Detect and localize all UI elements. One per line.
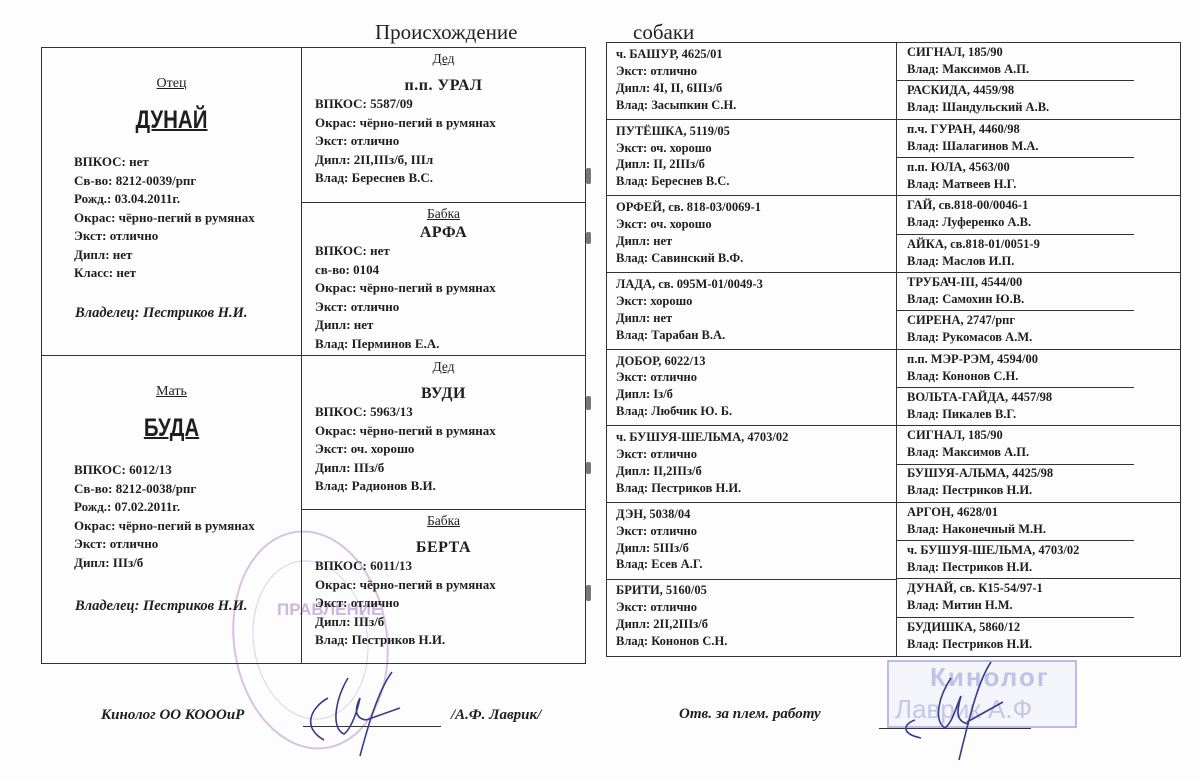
field-line: Дипл: II,2IIIз/б — [616, 463, 896, 480]
signature-left-name: /А.Ф. Лаврик/ — [451, 707, 541, 724]
father-cell: Отец ДУНАЙ ВПКОС: нетСв-во: 8212-0039/рп… — [42, 48, 302, 356]
mother-cell: Мать БУДА ВПКОС: 6012/13Св-во: 8212-0038… — [42, 356, 302, 663]
great-great-grandparent-cell: п.п. ЮЛА, 4563/00Влад: Матвеев Н.Г. — [897, 158, 1180, 196]
great-great-grandparent-cell: ТРУБАЧ-III, 4544/00Влад: Самохин Ю.В. — [897, 273, 1134, 311]
great-grandparent-cell: ч. БУШУЯ-ШЕЛЬМА, 4703/02Экст: отличноДип… — [607, 426, 897, 503]
field-line: Влад: Есев А.Г. — [616, 556, 896, 573]
field-line: Влад: Кононов С.Н. — [616, 633, 896, 650]
grandparent-cell: БабкаБЕРТАВПКОС: 6011/13Окрас: чёрно-пег… — [302, 510, 585, 663]
grandparent-name: БЕРТА — [302, 539, 585, 558]
signature-right-label: Отв. за плем. работу — [679, 706, 821, 723]
field-line: Экст: отлично — [315, 132, 585, 151]
great-great-grandparent-cell: п.п. МЭР-РЭМ, 4594/00Влад: Кононов С.Н. — [897, 350, 1134, 388]
owner-line: Влад: Пестриков Н.И. — [907, 482, 1180, 499]
field-line: Дипл: нет — [74, 246, 301, 265]
great-great-grandparent-cell: АРГОН, 4628/01Влад: Наконечный М.Н. — [897, 503, 1134, 541]
field-line: Экст: отлично — [315, 594, 585, 613]
ancestor-name: ВОЛЬТА-ГАЙДА, 4457/98 — [907, 389, 1180, 406]
owner-line: Влад: Рукомасов А.М. — [907, 329, 1180, 346]
field-line: Экст: отлично — [74, 227, 301, 246]
ancestor-name: ДЭН, 5038/04 — [616, 506, 896, 523]
field-line: Влад: Береснев В.С. — [315, 169, 585, 188]
field-line: Окрас: чёрно-пегий в румянах — [315, 576, 585, 595]
grandparent-role: Дед — [302, 50, 585, 69]
signature-right-scrawl — [895, 660, 1025, 760]
field-line: Дипл: 2II,2IIIз/б — [616, 616, 896, 633]
field-line: ВПКОС: нет — [74, 153, 301, 172]
signature-left-label: Кинолог ОО КОООиР — [101, 707, 244, 724]
field-line: Экст: оч. хорошо — [315, 440, 585, 459]
field-line: Влад: Береснев В.С. — [616, 173, 896, 190]
field-line: Экст: отлично — [616, 63, 896, 80]
ancestor-name: ч. БУШУЯ-ШЕЛЬМА, 4703/02 — [907, 542, 1180, 559]
gutter-mark — [586, 232, 591, 244]
field-line: Экст: хорошо — [616, 293, 896, 310]
field-line: Дипл: 4I, II, 6IIIз/б — [616, 80, 896, 97]
mother-name: БУДА — [65, 414, 277, 443]
field-line: Влад: Радионов В.И. — [315, 477, 585, 496]
great-great-grandparent-cell: СИРЕНА, 2747/рпгВлад: Рукомасов А.М. — [897, 311, 1180, 349]
father-owner: Владелец: Пестриков Н.И. — [75, 305, 301, 322]
grandparent-name: п.п. УРАЛ — [302, 77, 585, 96]
gutter-mark — [586, 168, 591, 184]
ancestor-name: БУДИШКА, 5860/12 — [907, 619, 1180, 636]
field-line: Дипл: II, 2IIIз/б — [616, 156, 896, 173]
field-line: Дипл: IIIз/б — [315, 613, 585, 632]
field-line: Св-во: 8212-0039/рпг — [74, 172, 301, 191]
great-grandparent-cell: ДОБОР, 6022/13Экст: отличноДипл: Iз/бВла… — [607, 350, 897, 427]
great-great-grandparent-cell: ДУНАЙ, св. К15-54/97-1Влад: Митин Н.М. — [897, 579, 1134, 617]
ancestor-name: п.ч. ГУРАН, 4460/98 — [907, 121, 1134, 138]
ancestor-name: ДОБОР, 6022/13 — [616, 353, 896, 370]
ancestor-name: СИГНАЛ, 185/90 — [907, 427, 1134, 444]
father-name: ДУНАЙ — [65, 106, 277, 135]
great-great-grandparent-cell: СИГНАЛ, 185/90Влад: Максимов А.П. — [897, 43, 1134, 81]
grandparent-role: Бабка — [302, 512, 585, 531]
owner-line: Влад: Кононов С.Н. — [907, 368, 1134, 385]
owner-line: Влад: Пестриков Н.И. — [907, 559, 1180, 576]
owner-line: Влад: Пикалев В.Г. — [907, 406, 1180, 423]
great-grandparent-cell: ЛАДА, св. 095М-01/0049-3Экст: хорошоДипл… — [607, 273, 897, 350]
ancestor-name: ПУТЁШКА, 5119/05 — [616, 123, 896, 140]
field-line: Дипл: 2II,IIIз/б, IIIл — [315, 151, 585, 170]
ancestor-name: п.п. МЭР-РЭМ, 4594/00 — [907, 351, 1134, 368]
great-grandparent-cell: ч. БАШУР, 4625/01Экст: отличноДипл: 4I, … — [607, 43, 897, 120]
gutter-mark — [586, 462, 591, 474]
ancestor-name: ГАЙ, св.818-00/0046-1 — [907, 197, 1134, 214]
father-fields: ВПКОС: нетСв-во: 8212-0039/рпгРожд.: 03.… — [74, 153, 301, 283]
great-grandparent-cell: БРИТИ, 5160/05Экст: отличноДипл: 2II,2II… — [607, 579, 897, 656]
field-line: Дипл: Iз/б — [616, 386, 896, 403]
field-line: св-во: 0104 — [315, 261, 585, 280]
field-line: Экст: отлично — [616, 599, 896, 616]
field-line: Окрас: чёрно-пегий в румянах — [315, 279, 585, 298]
great-great-grandparent-cell: АЙКА, св.818-01/0051-9Влад: Маслов И.П. — [897, 235, 1180, 273]
ancestor-name: ОРФЕЙ, св. 818-03/0069-1 — [616, 199, 896, 216]
field-line: Дипл: нет — [616, 233, 896, 250]
parents-grid: Отец ДУНАЙ ВПКОС: нетСв-во: 8212-0039/рп… — [41, 47, 586, 664]
field-line: Дипл: IIIз/б — [315, 459, 585, 478]
ancestor-name: ДУНАЙ, св. К15-54/97-1 — [907, 580, 1134, 597]
grandparent-name: ВУДИ — [302, 385, 585, 404]
signature-left-scrawl — [300, 668, 430, 758]
field-line: Рожд.: 03.04.2011г. — [74, 190, 301, 209]
grandparent-role: Бабка — [302, 205, 585, 224]
great-great-grandparent-cell: БУДИШКА, 5860/12Влад: Пестриков Н.И. — [897, 618, 1180, 656]
father-role: Отец — [42, 76, 301, 92]
owner-line: Влад: Шалагинов М.А. — [907, 138, 1134, 155]
grandparent-cell: БабкаАРФАВПКОС: нетсв-во: 0104Окрас: чёр… — [302, 203, 585, 356]
field-line: Дипл: нет — [315, 316, 585, 335]
field-line: Окрас: чёрно-пегий в румянах — [315, 114, 585, 133]
ancestor-name: БУШУЯ-АЛЬМА, 4425/98 — [907, 465, 1180, 482]
great-great-grandparent-cell: СИГНАЛ, 185/90Влад: Максимов А.П. — [897, 426, 1134, 464]
ancestor-name: БРИТИ, 5160/05 — [616, 582, 896, 599]
field-line: Влад: Тарабан В.А. — [616, 327, 896, 344]
ancestor-name: РАСКИДА, 4459/98 — [907, 82, 1180, 99]
great-grandparent-cell: ДЭН, 5038/04Экст: отличноДипл: 5IIIз/бВл… — [607, 503, 897, 580]
field-line: Дипл: нет — [616, 310, 896, 327]
field-line: Экст: отлично — [616, 369, 896, 386]
ancestor-name: ЛАДА, св. 095М-01/0049-3 — [616, 276, 896, 293]
owner-line: Влад: Митин Н.М. — [907, 597, 1134, 614]
ancestors-grid: ч. БАШУР, 4625/01Экст: отличноДипл: 4I, … — [606, 42, 1181, 657]
field-line: Окрас: чёрно-пегий в румянах — [74, 209, 301, 228]
mother-fields: ВПКОС: 6012/13Св-во: 8212-0038/рпгРожд.:… — [74, 461, 301, 572]
grandparent-cell: ДедВУДИВПКОС: 5963/13Окрас: чёрно-пегий … — [302, 356, 585, 510]
great-grandparent-cell: ОРФЕЙ, св. 818-03/0069-1Экст: оч. хорошо… — [607, 196, 897, 273]
owner-line: Влад: Наконечный М.Н. — [907, 521, 1134, 538]
ancestor-name: СИГНАЛ, 185/90 — [907, 44, 1134, 61]
field-line: Окрас: чёрно-пегий в румянах — [74, 517, 301, 536]
ancestor-name: ч. БУШУЯ-ШЕЛЬМА, 4703/02 — [616, 429, 896, 446]
page-title-left: Происхождение — [375, 20, 517, 45]
grandparent-name: АРФА — [302, 224, 585, 243]
great-great-grandparent-cell: ВОЛЬТА-ГАЙДА, 4457/98Влад: Пикалев В.Г. — [897, 388, 1180, 426]
ancestor-name: п.п. ЮЛА, 4563/00 — [907, 159, 1180, 176]
field-line: Влад: Савинский В.Ф. — [616, 250, 896, 267]
owner-line: Влад: Самохин Ю.В. — [907, 291, 1134, 308]
field-line: Св-во: 8212-0038/рпг — [74, 480, 301, 499]
field-line: Дипл: IIIз/б — [74, 554, 301, 573]
owner-line: Влад: Шандульский А.В. — [907, 99, 1180, 116]
great-great-grandparent-cell: ГАЙ, св.818-00/0046-1Влад: Луференко А.В… — [897, 196, 1134, 234]
field-line: Экст: оч. хорошо — [616, 216, 896, 233]
gutter-mark — [586, 396, 591, 410]
field-line: Экст: отлично — [616, 523, 896, 540]
field-line: Экст: отлично — [315, 298, 585, 317]
field-line: Влад: Пестриков Н.И. — [315, 631, 585, 650]
field-line: ВПКОС: 5587/09 — [315, 95, 585, 114]
field-line: ВПКОС: 6011/13 — [315, 557, 585, 576]
owner-line: Влад: Максимов А.П. — [907, 444, 1134, 461]
owner-line: Влад: Пестриков Н.И. — [907, 636, 1180, 653]
mother-owner: Владелец: Пестриков Н.И. — [75, 598, 301, 615]
owner-line: Влад: Матвеев Н.Г. — [907, 176, 1180, 193]
field-line: Влад: Засыпкин С.Н. — [616, 97, 896, 114]
mother-role: Мать — [42, 384, 301, 400]
field-line: Экст: отлично — [616, 446, 896, 463]
field-line: Окрас: чёрно-пегий в румянах — [315, 422, 585, 441]
field-line: ВПКОС: 5963/13 — [315, 403, 585, 422]
ancestor-name: АЙКА, св.818-01/0051-9 — [907, 236, 1180, 253]
field-line: ВПКОС: нет — [315, 242, 585, 261]
grandparent-cell: Дедп.п. УРАЛВПКОС: 5587/09Окрас: чёрно-п… — [302, 48, 585, 203]
great-grandparent-cell: ПУТЁШКА, 5119/05Экст: оч. хорошоДипл: II… — [607, 120, 897, 197]
field-line: ВПКОС: 6012/13 — [74, 461, 301, 480]
ancestor-name: АРГОН, 4628/01 — [907, 504, 1134, 521]
field-line: Влад: Пестриков Н.И. — [616, 480, 896, 497]
field-line: Экст: отлично — [74, 535, 301, 554]
field-line: Влад: Любчик Ю. Б. — [616, 403, 896, 420]
field-line: Экст: оч. хорошо — [616, 140, 896, 157]
great-great-grandparent-cell: ч. БУШУЯ-ШЕЛЬМА, 4703/02Влад: Пестриков … — [897, 541, 1180, 579]
ancestor-name: СИРЕНА, 2747/рпг — [907, 312, 1180, 329]
field-line: Класс: нет — [74, 264, 301, 283]
field-line: Рожд.: 07.02.2011г. — [74, 498, 301, 517]
owner-line: Влад: Максимов А.П. — [907, 61, 1134, 78]
great-great-grandparent-cell: БУШУЯ-АЛЬМА, 4425/98Влад: Пестриков Н.И. — [897, 464, 1180, 502]
ancestor-name: ч. БАШУР, 4625/01 — [616, 46, 896, 63]
grandparent-role: Дед — [302, 358, 585, 377]
great-great-grandparent-cell: п.ч. ГУРАН, 4460/98Влад: Шалагинов М.А. — [897, 120, 1134, 158]
great-great-grandparent-cell: РАСКИДА, 4459/98Влад: Шандульский А.В. — [897, 81, 1180, 119]
owner-line: Влад: Луференко А.В. — [907, 214, 1134, 231]
field-line: Влад: Перминов Е.А. — [315, 335, 585, 354]
ancestor-name: ТРУБАЧ-III, 4544/00 — [907, 274, 1134, 291]
gutter-mark — [586, 585, 591, 601]
owner-line: Влад: Маслов И.П. — [907, 253, 1180, 270]
field-line: Дипл: 5IIIз/б — [616, 540, 896, 557]
